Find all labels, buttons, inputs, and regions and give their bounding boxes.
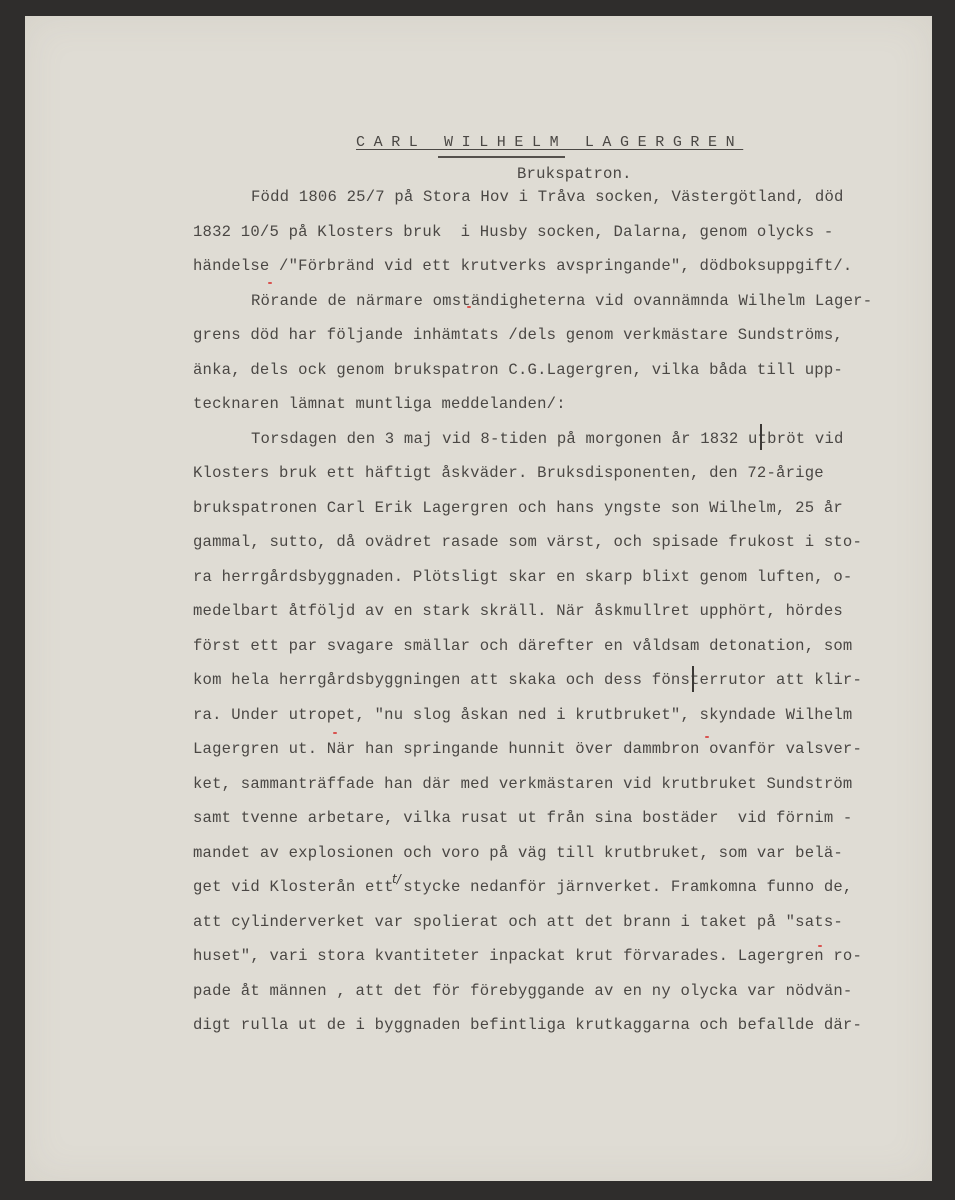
red-mark (705, 736, 709, 738)
text-line: pade åt männen , att det för förebyggand… (193, 982, 853, 1000)
text-line: tecknaren lämnat muntliga meddelanden/: (193, 395, 566, 413)
text-line: grens död har följande inhämtats /dels g… (193, 326, 843, 344)
text-line: brukspatronen Carl Erik Lagergren och ha… (193, 499, 843, 517)
text-line: ra herrgårdsbyggnaden. Plötsligt skar en… (193, 568, 853, 586)
text-line: händelse /"Förbränd vid ett krutverks av… (193, 257, 853, 275)
text-line: gammal, sutto, då ovädret rasade som vär… (193, 533, 862, 551)
red-mark (333, 732, 337, 734)
text-line: mandet av explosionen och voro på väg ti… (193, 844, 843, 862)
text-line: Rörande de närmare omständigheterna vid … (251, 292, 872, 310)
text-line: änka, dels ock genom brukspatron C.G.Lag… (193, 361, 843, 379)
text-line: ra. Under utropet, "nu slog åskan ned i … (193, 706, 853, 724)
text-line: Lagergren ut. När han springande hunnit … (193, 740, 862, 758)
text-line: digt rulla ut de i byggnaden befintliga … (193, 1016, 862, 1034)
text-line: först ett par svagare smällar och däreft… (193, 637, 853, 655)
red-mark (268, 282, 272, 284)
insertion-mark (760, 424, 762, 450)
red-mark (467, 306, 471, 308)
text-line: medelbart åtföljd av en stark skräll. Nä… (193, 602, 843, 620)
text-line: ket, sammanträffade han där med verkmäst… (193, 775, 853, 793)
document-subtitle: Brukspatron. (517, 165, 632, 183)
document-page: CARL WILHELM LAGERGREN Brukspatron. Född… (25, 16, 932, 1181)
text-line: samt tvenne arbetare, vilka rusat ut frå… (193, 809, 853, 827)
text-line: Torsdagen den 3 maj vid 8-tiden på morgo… (251, 430, 844, 448)
text-line: Född 1806 25/7 på Stora Hov i Tråva sock… (251, 188, 844, 206)
document-title: CARL WILHELM LAGERGREN (356, 134, 743, 152)
title-double-underline (438, 156, 565, 158)
text-line: get vid Klosterån ett stycke nedanför jä… (193, 878, 853, 896)
text-line: 1832 10/5 på Klosters bruk i Husby socke… (193, 223, 833, 241)
handwritten-correction: t/ (392, 872, 401, 886)
red-mark (818, 945, 822, 947)
text-line: kom hela herrgårdsbyggningen att skaka o… (193, 671, 862, 689)
text-line: huset", vari stora kvantiteter inpackat … (193, 947, 862, 965)
text-line: Klosters bruk ett häftigt åskväder. Bruk… (193, 464, 824, 482)
text-line: att cylinderverket var spolierat och att… (193, 913, 843, 931)
correction-mark (692, 666, 694, 692)
